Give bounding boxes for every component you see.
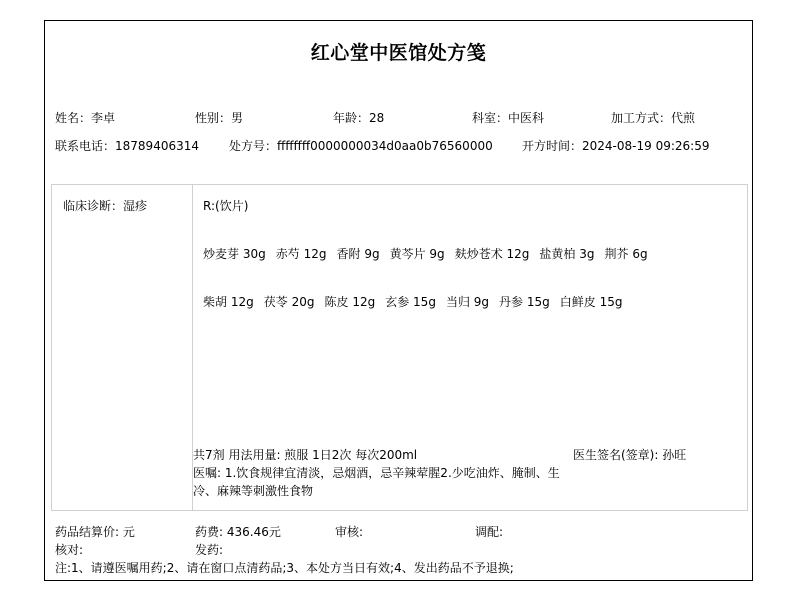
- rx-number-field: 处方号：ffffffff0000000034d0aa0b76560000: [229, 137, 493, 154]
- gender-field: 性别：男: [195, 109, 243, 126]
- herb-item: 赤芍 12g: [276, 245, 327, 262]
- diagnosis-field: 临床诊断：湿疹: [63, 197, 147, 214]
- age-value: 28: [369, 111, 384, 125]
- gender-value: 男: [231, 111, 243, 125]
- issue-field: 发药:: [195, 541, 223, 558]
- rx-header: R:(饮片): [203, 197, 248, 214]
- rx-number-value: ffffffff0000000034d0aa0b76560000: [277, 139, 493, 153]
- settlement-value: 元: [123, 525, 135, 539]
- processing-field: 加工方式：代煎: [611, 109, 695, 126]
- herb-item: 丹参 15g: [499, 293, 550, 310]
- doctor-name: 孙旺: [662, 448, 686, 462]
- department-label: 科室：: [472, 111, 508, 125]
- phone-field: 联系电话：18789406314: [55, 137, 199, 154]
- footer-note: 注:1、请遵医嘱用药;2、请在窗口点清药品;3、本处方当日有效;4、发出药品不予…: [55, 559, 514, 576]
- prescription-table: 临床诊断：湿疹 R:(饮片) 炒麦芽 30g 赤芍 12g 香附 9g 黄芩片 …: [51, 184, 748, 511]
- processing-label: 加工方式：: [611, 111, 671, 125]
- patient-name-label: 姓名：: [55, 111, 91, 125]
- settlement-price-field: 药品结算价: 元: [55, 523, 135, 540]
- review-field: 审核:: [335, 523, 363, 540]
- check-field: 核对:: [55, 541, 83, 558]
- herb-item: 陈皮 12g: [324, 293, 375, 310]
- prescription-sheet: 红心堂中医馆处方笺 姓名：李卓 性别：男 年龄：28 科室：中医科 加工方式：代…: [44, 20, 753, 581]
- herb-item: 炒麦芽 30g: [203, 245, 266, 262]
- herb-row-2: 柴胡 12g 茯苓 20g 陈皮 12g 玄参 15g 当归 9g 丹参 15g…: [203, 293, 623, 310]
- department-field: 科室：中医科: [472, 109, 544, 126]
- herb-item: 当归 9g: [446, 293, 489, 310]
- drug-fee-label: 药费:: [195, 525, 227, 539]
- processing-value: 代煎: [671, 111, 695, 125]
- patient-name-field: 姓名：李卓: [55, 109, 115, 126]
- herb-item: 柴胡 12g: [203, 293, 254, 310]
- herb-item: 黄芩片 9g: [390, 245, 445, 262]
- diagnosis-label: 临床诊断：: [63, 199, 123, 213]
- age-field: 年龄：28: [333, 109, 384, 126]
- drug-fee-value: 436.46元: [227, 525, 281, 539]
- herb-item: 麸炒苍术 12g: [455, 245, 530, 262]
- age-label: 年龄：: [333, 111, 369, 125]
- gender-label: 性别：: [195, 111, 231, 125]
- medical-advice: 医嘱: 1.饮食规律宜清淡，忌烟酒，忌辛辣荤腥2.少吃油炸、腌制、生冷、麻辣等刺…: [193, 464, 573, 500]
- herb-item: 香附 9g: [336, 245, 379, 262]
- doctor-signature: 医生签名(签章): 孙旺: [573, 446, 686, 463]
- patient-name: 李卓: [91, 111, 115, 125]
- herb-item: 玄参 15g: [385, 293, 436, 310]
- rx-number-label: 处方号：: [229, 139, 277, 153]
- dispense-prep-field: 调配:: [475, 523, 503, 540]
- doctor-signature-label: 医生签名(签章):: [573, 448, 662, 462]
- diagnosis-value: 湿疹: [123, 199, 147, 213]
- herb-item: 白鲜皮 15g: [560, 293, 623, 310]
- herb-item: 茯苓 20g: [264, 293, 315, 310]
- rx-time-value: 2024-08-19 09:26:59: [582, 139, 709, 153]
- rx-time-field: 开方时间：2024-08-19 09:26:59: [522, 137, 709, 154]
- herb-item: 盐黄柏 3g: [539, 245, 594, 262]
- herb-row-1: 炒麦芽 30g 赤芍 12g 香附 9g 黄芩片 9g 麸炒苍术 12g 盐黄柏…: [203, 245, 648, 262]
- settlement-label: 药品结算价:: [55, 525, 123, 539]
- drug-fee-field: 药费: 436.46元: [195, 523, 281, 540]
- usage-instructions: 共7剂 用法用量: 煎服 1日2次 每次200ml: [193, 446, 417, 463]
- phone-value: 18789406314: [115, 139, 199, 153]
- department-value: 中医科: [508, 111, 544, 125]
- herb-item: 荆芥 6g: [605, 245, 648, 262]
- rx-time-label: 开方时间：: [522, 139, 582, 153]
- page-title: 红心堂中医馆处方笺: [45, 38, 752, 65]
- phone-label: 联系电话：: [55, 139, 115, 153]
